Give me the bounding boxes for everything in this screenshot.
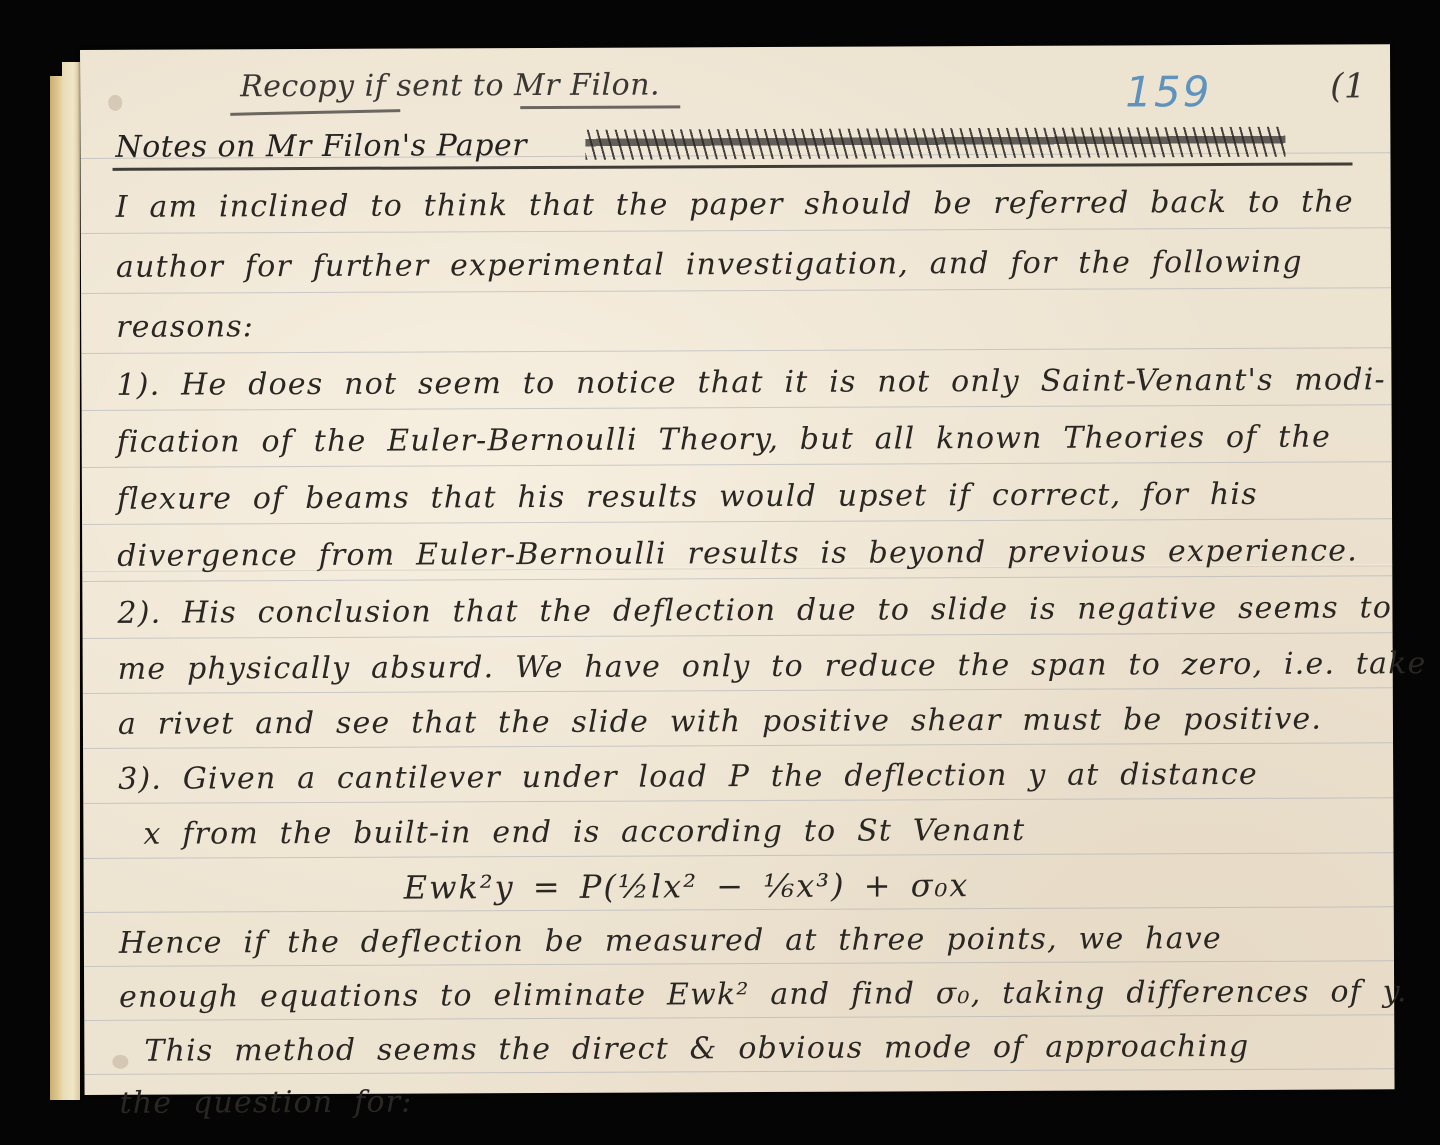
header-note: Recopy if sent to Mr Filon. (240, 67, 660, 104)
text-line: the question for: (120, 1085, 413, 1121)
text-line: fication of the Euler-Bernoulli Theory, … (117, 420, 1331, 460)
text-line: 1). He does not seem to notice that it i… (116, 362, 1386, 403)
text-line: author for further experimental investig… (116, 245, 1303, 285)
header-note-underline (230, 109, 400, 116)
text-line: I am inclined to think that the paper sh… (116, 184, 1354, 224)
folio-number: 159 (1125, 67, 1211, 116)
text-line: a rivet and see that the slide with posi… (118, 702, 1322, 742)
text-line: 2). His conclusion that the deflection d… (117, 590, 1392, 631)
text-line: Hence if the deflection be measured at t… (119, 921, 1222, 961)
page-title: Notes on Mr Filon's Paper (115, 128, 527, 165)
text-line: This method seems the direct & obvious m… (144, 1029, 1249, 1069)
text-line: divergence from Euler-Bernoulli results … (117, 533, 1358, 573)
text-line: enough equations to eliminate Ewk² and f… (119, 974, 1408, 1015)
paper-blemish (108, 95, 122, 111)
header-note-underline (520, 105, 680, 109)
binding-fold (62, 62, 80, 1100)
struck-out-text (585, 127, 1285, 160)
text-line: flexure of beams that his results would … (117, 477, 1258, 517)
text-line: x from the built-in end is according to … (143, 813, 1025, 852)
text-line: 3). Given a cantilever under load P the … (118, 757, 1258, 797)
page-mark: (1 (1330, 66, 1366, 106)
manuscript-page: Recopy if sent to Mr Filon. 159 (1 Notes… (80, 44, 1395, 1095)
paper-blemish (112, 1055, 128, 1069)
text-line: me physically absurd. We have only to re… (118, 646, 1427, 687)
text-line: reasons: (116, 309, 254, 345)
equation: Ewk²y = P(½lx² − ⅙x³) + σ₀x (404, 866, 970, 906)
